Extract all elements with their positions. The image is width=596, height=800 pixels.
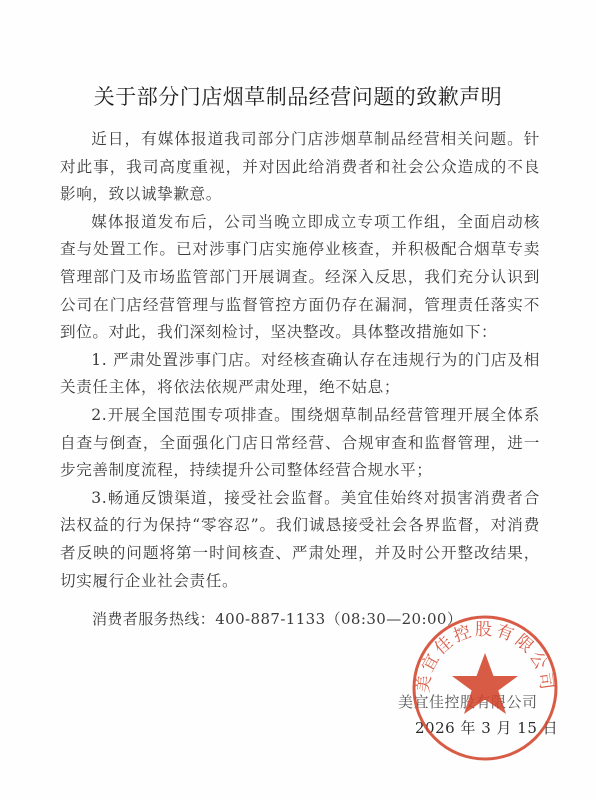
paragraph-intro: 近日，有媒体报道我司部分门店涉烟草制品经营相关问题。针对此事，我司高度重视，并对…: [60, 126, 540, 209]
company-seal-icon: 美宜佳控股有限公司: [410, 613, 560, 763]
paragraph-measure-2: 2.开展全国范围专项排查。围绕烟草制品经营管理开展全体系自查与倒查，全面强化门店…: [60, 402, 540, 485]
document-body: 近日，有媒体报道我司部分门店涉烟草制品经营相关问题。针对此事，我司高度重视，并对…: [60, 126, 540, 595]
paragraph-response: 媒体报道发布后，公司当晚立即成立专项工作组，全面启动核查与处置工作。已对涉事门店…: [60, 209, 540, 347]
paragraph-measure-1: 1. 严肃处置涉事门店。对经核查确认存在违规行为的门店及相关责任主体，将依法依规…: [60, 347, 540, 402]
consumer-hotline: 消费者服务热线：400-887-1133（08:30—20:00）: [92, 607, 462, 631]
document-title: 关于部分门店烟草制品经营问题的致歉声明: [0, 83, 596, 111]
paragraph-measure-3: 3.畅通反馈渠道，接受社会监督。美宜佳始终对损害消费者合法权益的行为保持“零容忍…: [60, 485, 540, 595]
document-page: 关于部分门店烟草制品经营问题的致歉声明 近日，有媒体报道我司部分门店涉烟草制品经…: [0, 0, 596, 800]
star-icon: [452, 653, 518, 714]
